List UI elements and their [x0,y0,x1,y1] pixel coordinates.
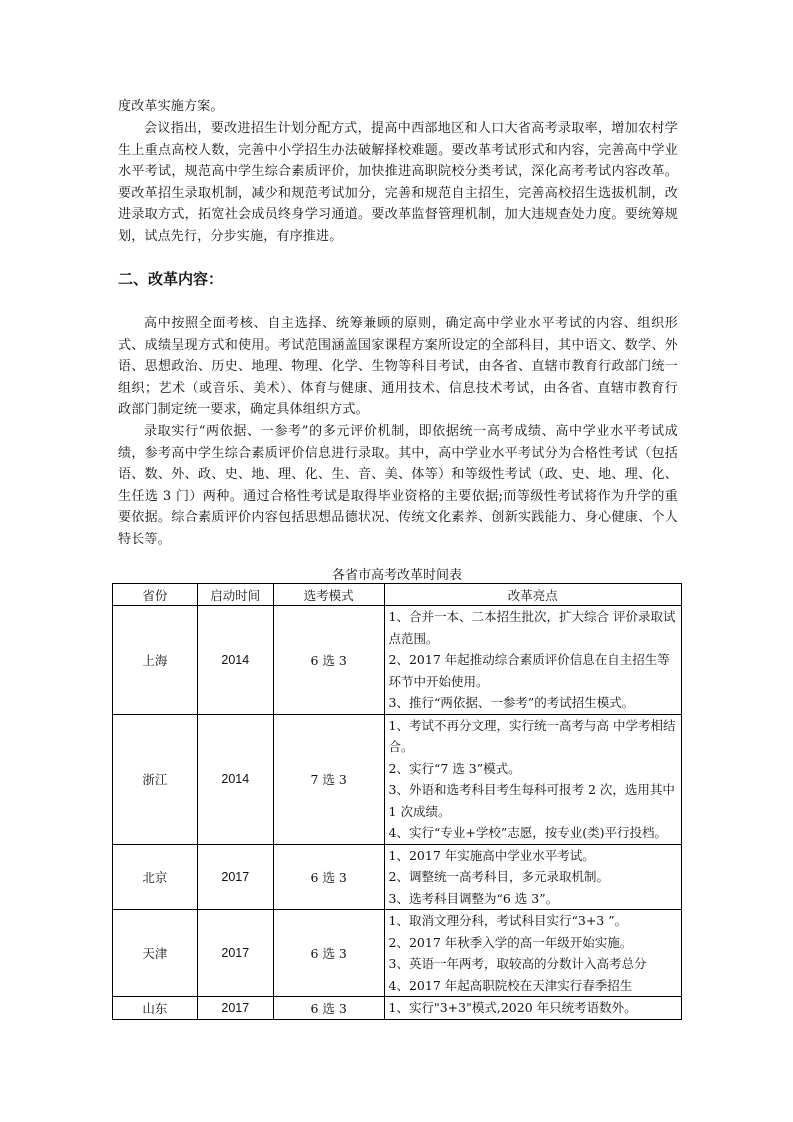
header-mode: 选考模式 [273,584,384,606]
table-caption: 各省市高考改革时间表 [112,564,682,583]
paragraph-continuation: 度改革实施方案。 [118,96,678,118]
cell-highlights: 1、取消文理分科，考试科目实行“3+3 ”。 2、2017 年秋季入学的高一年级… [384,910,681,997]
highlight-item: 4、2017 年起高职院校在天津实行春季招生 [389,975,677,997]
cell-mode: 7 选 3 [273,714,384,844]
highlight-item: 1、取消文理分科，考试科目实行“3+3 ”。 [389,910,677,932]
paragraph-admission: 录取实行“两依据、一参考”的多元评价机制，即依据统一高考成绩、高中学业水平考试成… [118,421,678,551]
highlight-item: 2、2017 年秋季入学的高一年级开始实施。 [389,932,677,954]
cell-province: 天津 [113,910,198,997]
header-start-year: 启动时间 [197,584,273,606]
cell-province: 山东 [113,997,198,1020]
paragraph-exam-scope: 高中按照全面考核、自主选择、统筹兼顾的原则，确定高中学业水平考试的内容、组织形式… [118,313,678,421]
highlight-item: 1、考试不再分文理，实行统一高考与高 中学考相结合。 [389,715,677,758]
highlight-item: 4、实行“专业+学校”志愿，按专业(类)平行投档。 [389,822,677,844]
highlight-item: 1、2017 年实施高中学业水平考试。 [389,845,677,867]
highlight-item: 2、实行“7 选 3”模式。 [389,758,677,780]
highlight-item: 3、英语一年两考，取较高的分数计入高考总分 [389,953,677,975]
cell-year: 2017 [197,910,273,997]
section-heading: 二、改革内容： [118,268,223,289]
highlight-item: 2、调整统一高考科目，多元录取机制。 [389,866,677,888]
cell-year: 2017 [197,997,273,1020]
reform-timetable: 省份 启动时间 选考模式 改革亮点 上海 2014 6 选 3 1、合并一本、二… [112,583,682,1020]
cell-year: 2017 [197,844,273,910]
table-row: 北京 2017 6 选 3 1、2017 年实施高中学业水平考试。 2、调整统一… [113,844,682,910]
table-row: 天津 2017 6 选 3 1、取消文理分科，考试科目实行“3+3 ”。 2、2… [113,910,682,997]
cell-highlights: 1、实行"3+3"模式,2020 年只统考语数外。 [384,997,681,1020]
cell-mode: 6 选 3 [273,910,384,997]
cell-mode: 6 选 3 [273,997,384,1020]
table-row: 浙江 2014 7 选 3 1、考试不再分文理，实行统一高考与高 中学考相结合。… [113,714,682,844]
highlight-item: 3、推行“两依据、一参考”的考试招生模式。 [389,692,677,714]
table-row: 上海 2014 6 选 3 1、合并一本、二本招生批次，扩大综合 评价录取试点范… [113,606,682,715]
cell-year: 2014 [197,606,273,715]
cell-highlights: 1、2017 年实施高中学业水平考试。 2、调整统一高考科目，多元录取机制。 3… [384,844,681,910]
header-province: 省份 [113,584,198,606]
highlight-item: 3、外语和选考科目考生每科可报考 2 次，选用其中 1 次成绩。 [389,779,677,822]
cell-province: 上海 [113,606,198,715]
cell-mode: 6 选 3 [273,844,384,910]
cell-mode: 6 选 3 [273,606,384,715]
highlight-item: 3、选考科目调整为“6 选 3”。 [389,888,677,910]
highlight-item: 1、实行"3+3"模式,2020 年只统考语数外。 [389,997,677,1019]
cell-highlights: 1、考试不再分文理，实行统一高考与高 中学考相结合。 2、实行“7 选 3”模式… [384,714,681,844]
cell-province: 北京 [113,844,198,910]
cell-highlights: 1、合并一本、二本招生批次，扩大综合 评价录取试点范围。 2、2017 年起推动… [384,606,681,715]
cell-province: 浙江 [113,714,198,844]
table-row: 山东 2017 6 选 3 1、实行"3+3"模式,2020 年只统考语数外。 [113,997,682,1020]
highlight-item: 2、2017 年起推动综合素质评价信息在自主招生等环节中开始使用。 [389,649,677,692]
table-header-row: 省份 启动时间 选考模式 改革亮点 [113,584,682,606]
cell-year: 2014 [197,714,273,844]
document-page: 度改革实施方案。 会议指出，要改进招生计划分配方式，提高中西部地区和人口大省高考… [0,0,793,1122]
paragraph-meeting: 会议指出，要改进招生计划分配方式，提高中西部地区和人口大省高考录取率，增加农村学… [118,118,678,248]
header-highlights: 改革亮点 [384,584,681,606]
highlight-item: 1、合并一本、二本招生批次，扩大综合 评价录取试点范围。 [389,606,677,649]
